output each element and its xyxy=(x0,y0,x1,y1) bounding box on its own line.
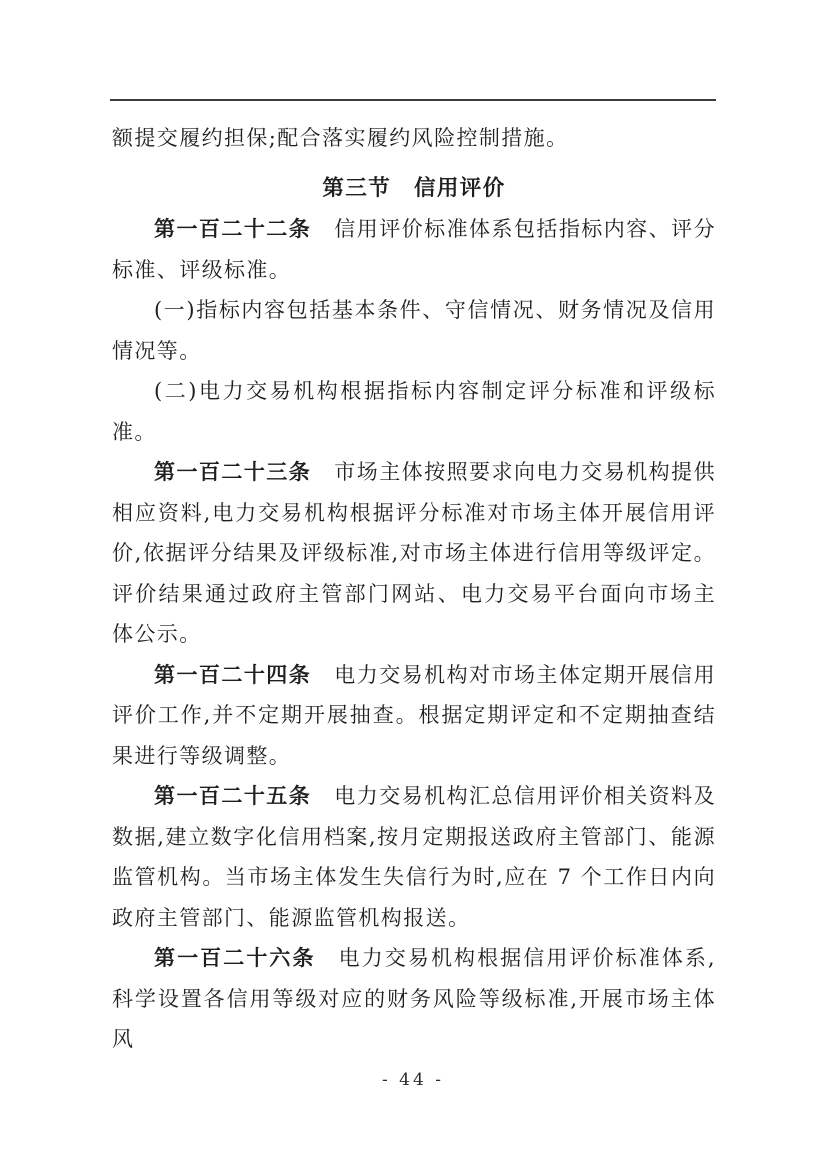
article-122-number: 第一百二十二条 xyxy=(154,216,311,241)
clause-1-text: (一)指标内容包括基本条件、守信情况、财务情况及信用情况等。 xyxy=(112,298,716,363)
article-123-number: 第一百二十三条 xyxy=(154,459,311,484)
article-126: 第一百二十六条电力交易机构根据信用评价标准体系,科学设置各信用等级对应的财务风险… xyxy=(112,938,716,1060)
article-123-text: 市场主体按照要求向电力交易机构提供相应资料,电力交易机构根据评分标准对市场主体开… xyxy=(112,460,716,646)
page-number: - 44 - xyxy=(0,1070,826,1090)
article-123: 第一百二十三条市场主体按照要求向电力交易机构提供相应资料,电力交易机构根据评分标… xyxy=(112,452,716,655)
document-page: 额提交履约担保;配合落实履约风险控制措施。 第三节 信用评价 第一百二十二条信用… xyxy=(0,0,826,1169)
section-heading: 第三节 信用评价 xyxy=(112,169,716,210)
article-122: 第一百二十二条信用评价标准体系包括指标内容、评分标准、评级标准。 xyxy=(112,209,716,290)
header-rule xyxy=(110,99,716,101)
paragraph-continuation: 额提交履约担保;配合落实履约风险控制措施。 xyxy=(112,118,716,159)
clause-1: (一)指标内容包括基本条件、守信情况、财务情况及信用情况等。 xyxy=(112,290,716,371)
article-125-number: 第一百二十五条 xyxy=(154,783,311,808)
article-124-number: 第一百二十四条 xyxy=(154,662,311,687)
paragraph-text: 额提交履约担保;配合落实履约风险控制措施。 xyxy=(112,126,568,150)
article-126-number: 第一百二十六条 xyxy=(154,945,316,970)
clause-2: (二)电力交易机构根据指标内容制定评分标准和评级标准。 xyxy=(112,371,716,452)
article-125: 第一百二十五条电力交易机构汇总信用评价相关资料及数据,建立数字化信用档案,按月定… xyxy=(112,776,716,938)
clause-2-text: (二)电力交易机构根据指标内容制定评分标准和评级标准。 xyxy=(112,379,716,444)
article-124: 第一百二十四条电力交易机构对市场主体定期开展信用评价工作,并不定期开展抽查。根据… xyxy=(112,655,716,777)
document-body: 额提交履约担保;配合落实履约风险控制措施。 第三节 信用评价 第一百二十二条信用… xyxy=(112,118,716,1060)
